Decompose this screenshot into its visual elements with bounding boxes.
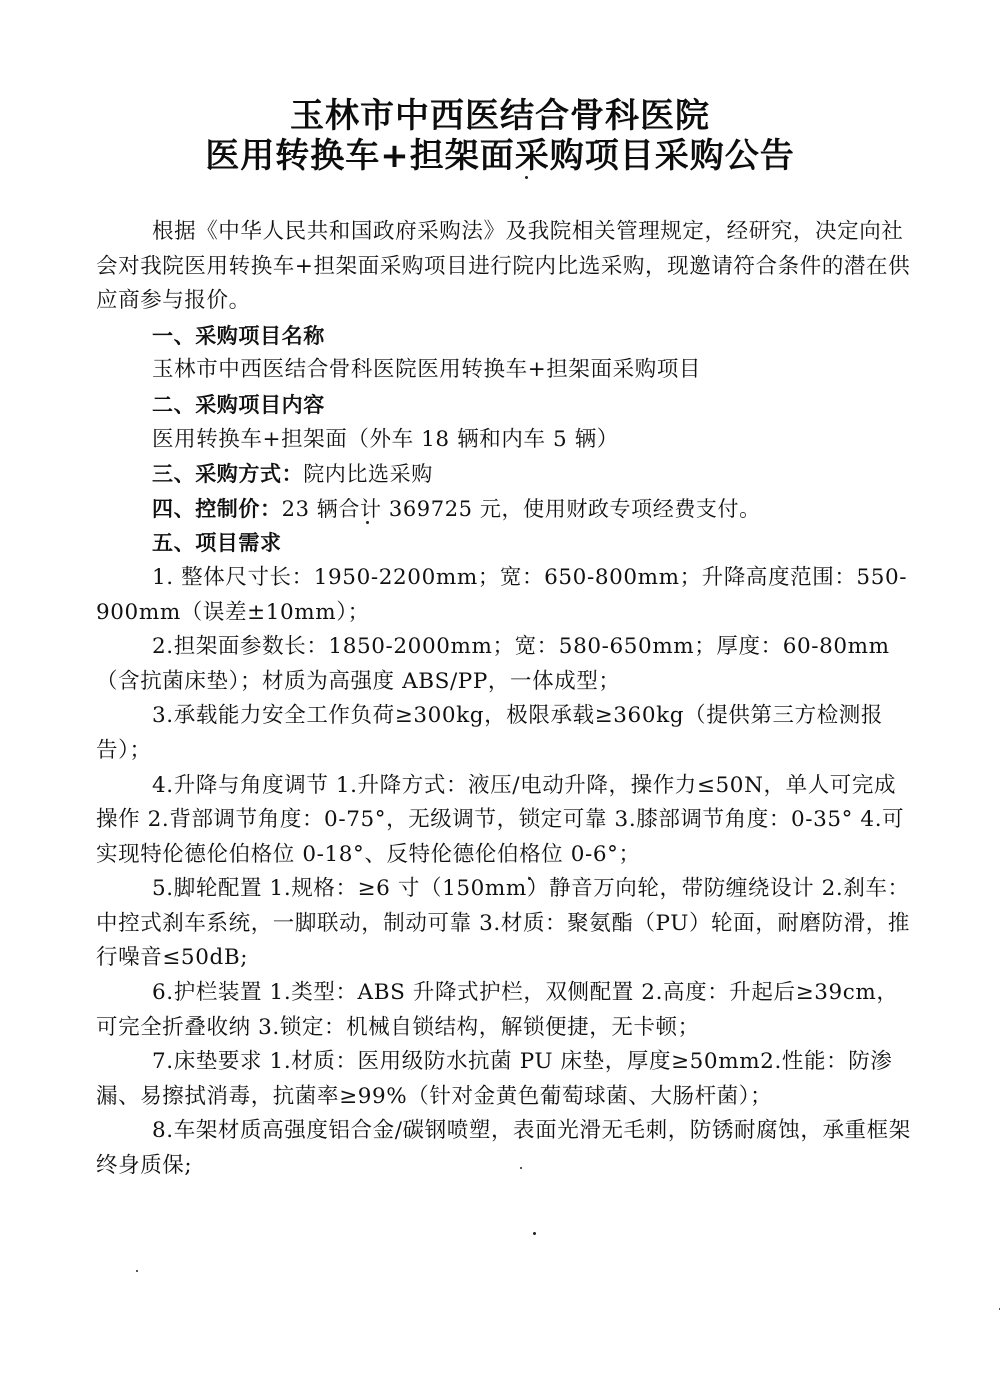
document-title-line2: 医用转换车+担架面采购项目采购公告 xyxy=(0,136,1000,176)
section-procurement-method: 三、采购方式：院内比选采购 xyxy=(96,457,916,492)
scan-speck xyxy=(136,1270,138,1272)
scan-speck xyxy=(533,1232,536,1235)
requirement-item-3: 3.承载能力安全工作负荷≥300kg，极限承载≥360kg（提供第三方检测报告）… xyxy=(96,699,916,768)
document-body: 根据《中华人民共和国政府采购法》及我院相关管理规定，经研究，决定向社会对我院医用… xyxy=(96,215,916,1184)
section-heading-control-price: 四、控制价： xyxy=(152,497,282,521)
control-price-value: 23 辆合计 369725 元，使用财政专项经费支付。 xyxy=(282,497,761,521)
requirement-item-5: 5.脚轮配置 1.规格：≥6 寸（150mm）静音万向轮，带防缠绕设计 2.刹车… xyxy=(96,872,916,976)
section-content-project-name: 玉林市中西医结合骨科医院医用转换车+担架面采购项目 xyxy=(96,353,916,388)
requirement-item-8: 8.车架材质高强度铝合金/碳钢喷塑，表面光滑无毛刺，防锈耐腐蚀，承重框架终身质保… xyxy=(96,1114,916,1183)
scanned-page: 玉林市中西医结合骨科医院 医用转换车+担架面采购项目采购公告 根据《中华人民共和… xyxy=(0,0,1000,1385)
section-heading-project-content: 二、采购项目内容 xyxy=(96,388,916,423)
scan-speck xyxy=(525,176,528,179)
scan-speck xyxy=(520,1167,522,1169)
requirement-item-4: 4.升降与角度调节 1.升降方式：液压/电动升降，操作力≤50N，单人可完成操作… xyxy=(96,769,916,873)
section-control-price: 四、控制价：23 辆合计 369725 元，使用财政专项经费支付。 xyxy=(96,492,916,527)
section-heading-requirements: 五、项目需求 xyxy=(96,526,916,561)
section-content-project-content: 医用转换车+担架面（外车 18 辆和内车 5 辆） xyxy=(96,423,916,458)
requirement-item-7: 7.床垫要求 1.材质：医用级防水抗菌 PU 床垫，厚度≥50mm2.性能：防渗… xyxy=(96,1045,916,1114)
procurement-method-value: 院内比选采购 xyxy=(303,462,433,486)
section-heading-procurement-method: 三、采购方式： xyxy=(152,462,303,486)
intro-paragraph: 根据《中华人民共和国政府采购法》及我院相关管理规定，经研究，决定向社会对我院医用… xyxy=(96,215,916,319)
scan-speck xyxy=(528,877,531,880)
requirement-item-6: 6.护栏装置 1.类型：ABS 升降式护栏，双侧配置 2.高度：升起后≥39cm… xyxy=(96,976,916,1045)
document-title-line1: 玉林市中西医结合骨科医院 xyxy=(0,96,1000,136)
scan-speck xyxy=(366,521,369,524)
requirement-item-1: 1. 整体尺寸长：1950-2200mm；宽：650-800mm；升降高度范围：… xyxy=(96,561,916,630)
section-heading-project-name: 一、采购项目名称 xyxy=(96,319,916,354)
requirement-item-2: 2.担架面参数长：1850-2000mm；宽：580-650mm；厚度：60-8… xyxy=(96,630,916,699)
